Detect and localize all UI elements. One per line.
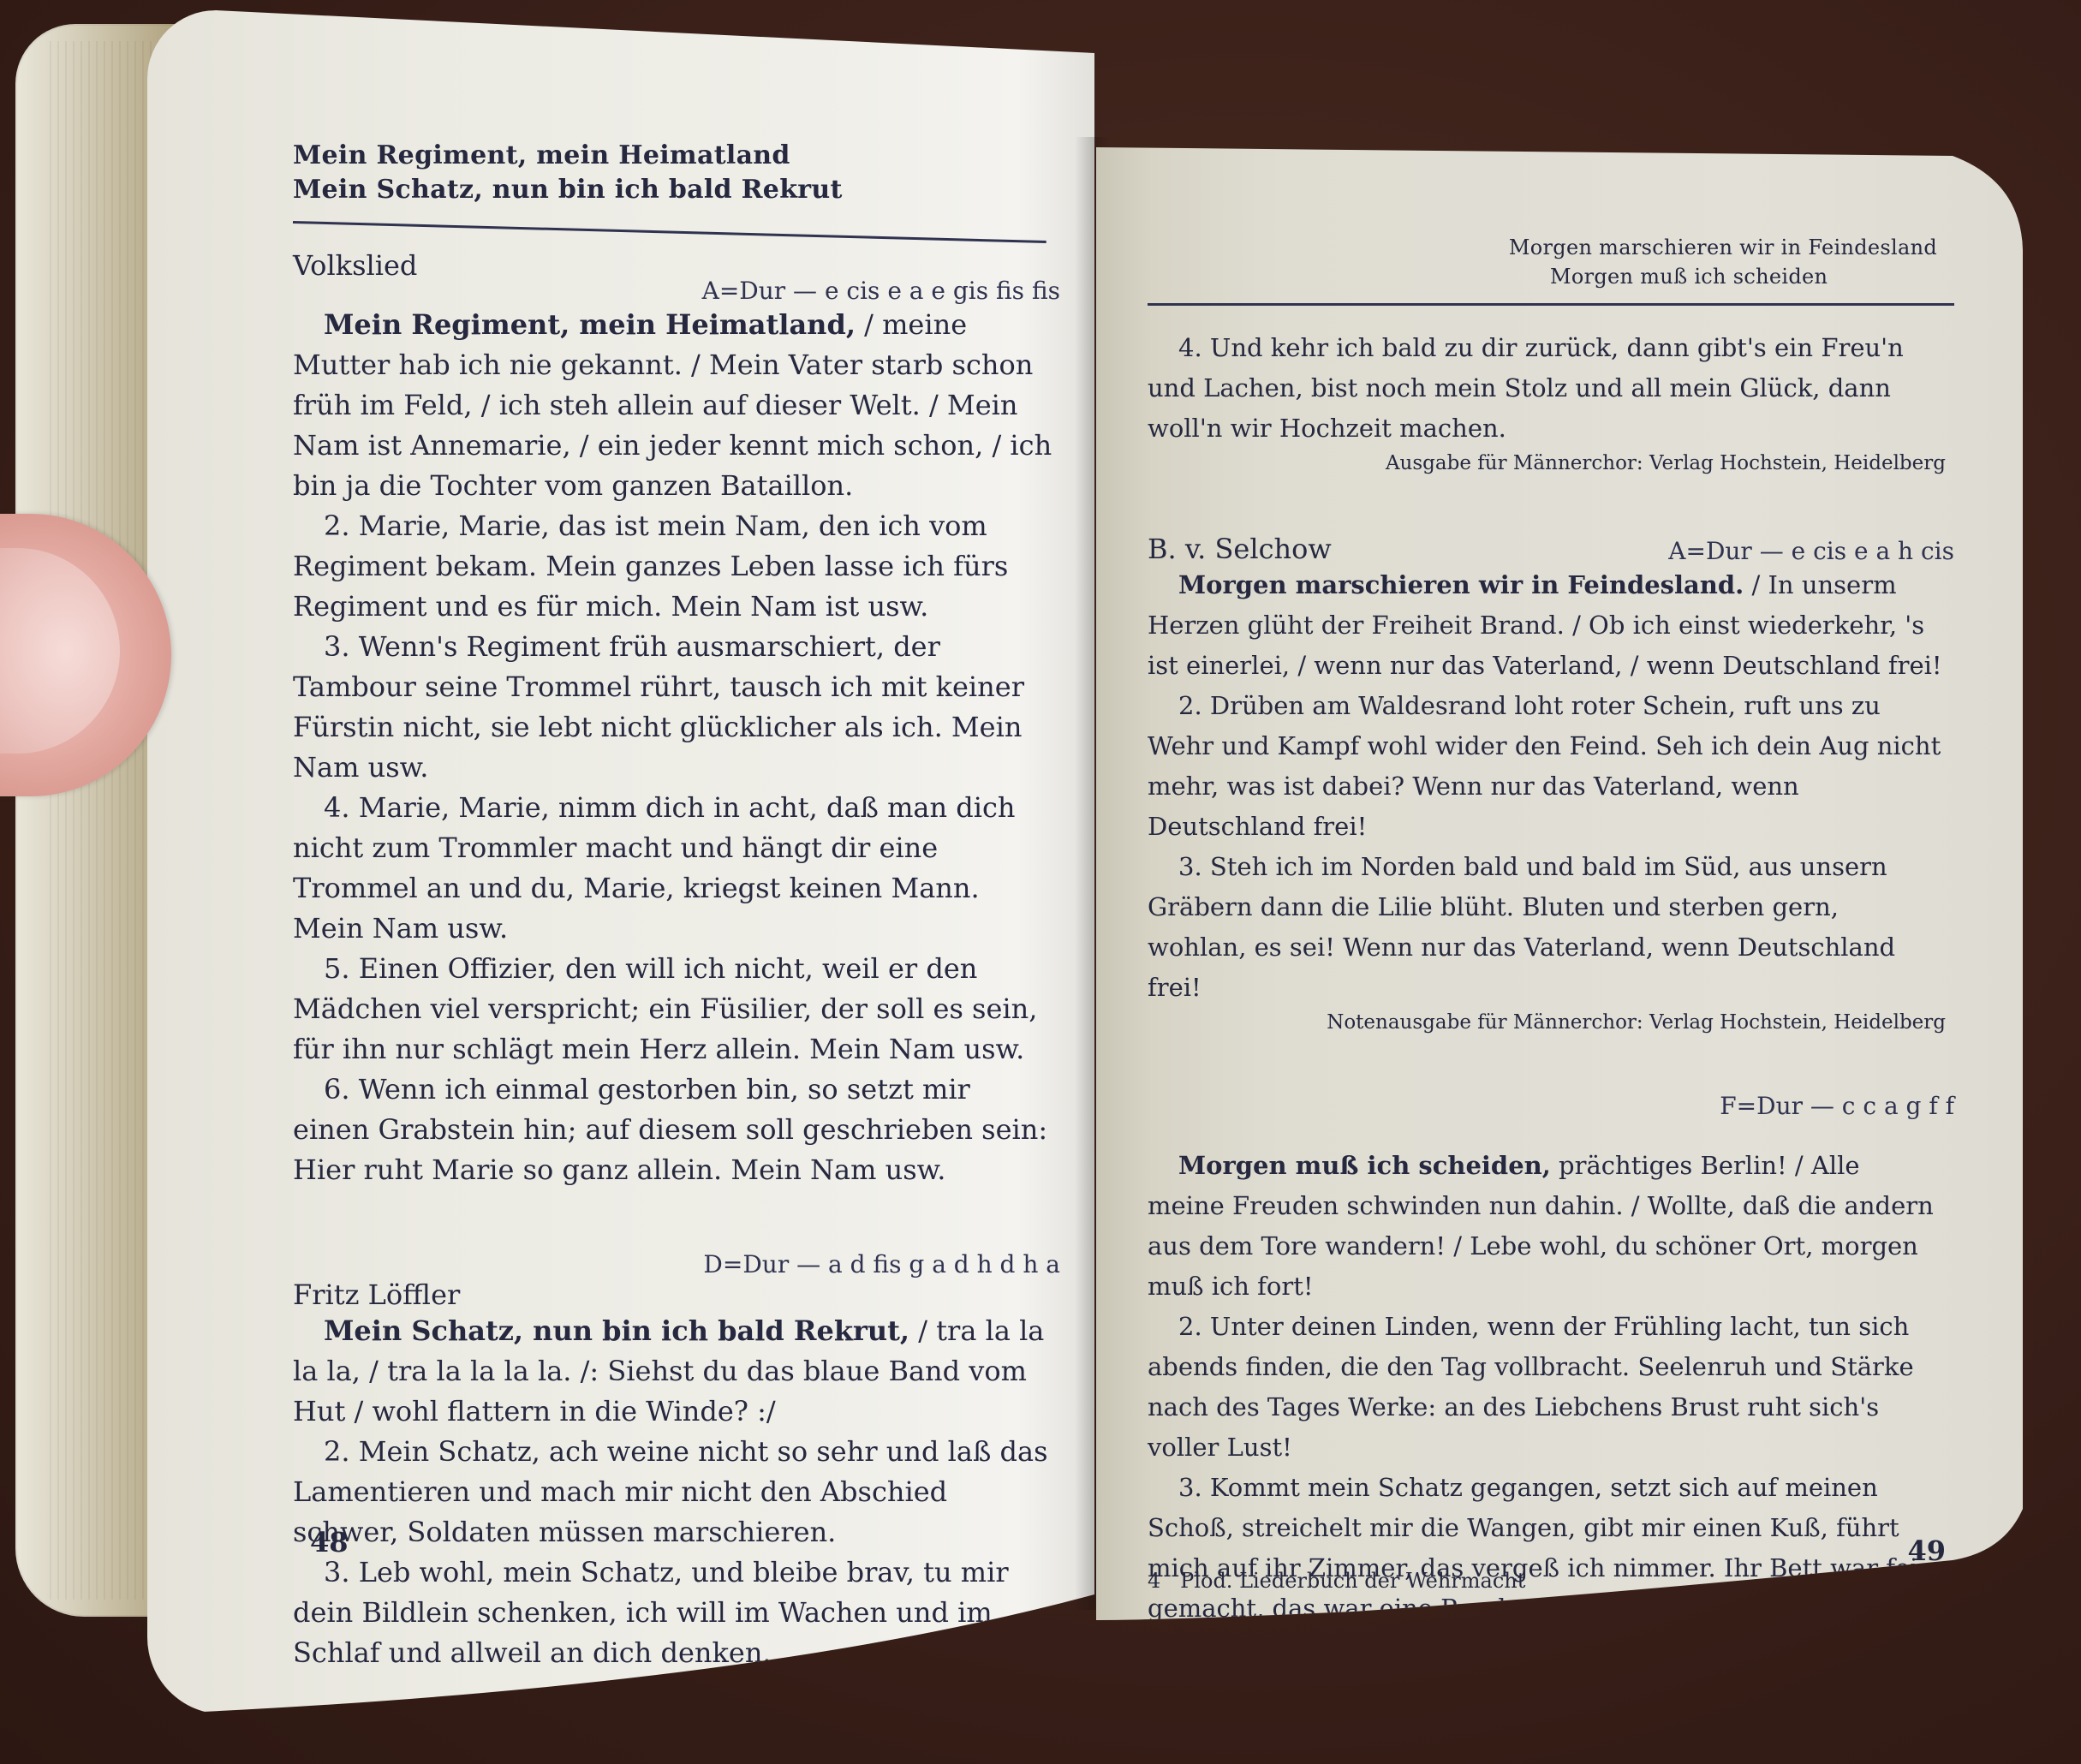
song-author: Fritz Löffler — [293, 1278, 1069, 1311]
running-head-line: Morgen muß ich scheiden — [1148, 262, 1989, 291]
song-author: B. v. Selchow — [1148, 533, 1332, 565]
verse: 2. Drüben am Waldesrand loht roter Schei… — [1148, 686, 1944, 847]
song-incipit: Morgen muß ich scheiden, — [1178, 1151, 1551, 1180]
verse: Mein Regiment, mein Heimatland, / meine … — [293, 305, 1055, 506]
verse: Morgen marschieren wir in Feindesland. /… — [1148, 565, 1944, 686]
header-rule — [1148, 303, 1954, 306]
song-incipit: Mein Regiment, mein Heimatland, — [324, 308, 856, 341]
publisher-note: Notenausgabe für Männerchor: Verlag Hoch… — [1148, 1011, 1989, 1034]
song-key: D=Dur — a d fis g a d h d h a — [293, 1250, 1069, 1278]
verse: 2. Mein Schatz, ach weine nicht so sehr … — [293, 1432, 1055, 1552]
page-number: 49 — [1907, 1535, 1946, 1567]
song: Volkslied A=Dur — e cis e a e gis fis fi… — [293, 249, 1069, 1190]
running-head-line: Mein Schatz, nun bin ich bald Rekrut — [293, 173, 1069, 207]
header-rule — [293, 221, 1046, 243]
verse: 3. Leb wohl, mein Schatz, und bleibe bra… — [293, 1552, 1055, 1673]
verse: 3. Steh ich im Norden bald und bald im S… — [1148, 847, 1944, 1008]
song: D=Dur — a d fis g a d h d h a Fritz Löff… — [293, 1250, 1069, 1673]
verse: 3. Kommt mein Schatz gegangen, setzt sic… — [1148, 1468, 1944, 1629]
right-page: Morgen marschieren wir in Feindesland Mo… — [1096, 147, 2023, 1620]
signature-line: 4 Plod. Liederbuch der Wehrmacht — [1148, 1569, 1525, 1593]
book-title-footer: Plod. Liederbuch der Wehrmacht — [1180, 1569, 1525, 1593]
song-key: F=Dur — c c a g f f — [1148, 1092, 1989, 1120]
verse: Morgen muß ich scheiden, prächtiges Berl… — [1148, 1146, 1944, 1307]
verse: 4. Und kehr ich bald zu dir zurück, dann… — [1148, 328, 1944, 449]
thumbnail-nail — [0, 548, 120, 754]
publisher-note: Ausgabe für Männerchor: Verlag Hochstein… — [1148, 452, 1989, 474]
running-head-line: Morgen marschieren wir in Feindesland — [1148, 233, 1989, 262]
song-author: Volkslied — [293, 249, 417, 282]
page-number: 48 — [310, 1526, 349, 1558]
running-head: Mein Regiment, mein Heimatland Mein Scha… — [293, 139, 1069, 207]
verse: Mein Schatz, nun bin ich bald Rekrut, / … — [293, 1311, 1055, 1432]
running-head-line: Mein Regiment, mein Heimatland — [293, 139, 1069, 173]
song-key: A=Dur — e cis e a h cis — [1668, 537, 1954, 565]
song-incipit: Mein Schatz, nun bin ich bald Rekrut, — [324, 1314, 909, 1347]
signature-mark: 4 — [1148, 1569, 1160, 1593]
verse: 4. Marie, Marie, nimm dich in acht, daß … — [293, 788, 1055, 949]
verse: 2. Unter deinen Linden, wenn der Frühlin… — [1148, 1307, 1944, 1468]
song: F=Dur — c c a g f f Morgen muß ich schei… — [1148, 1092, 1989, 1629]
verse: 6. Wenn ich einmal gestorben bin, so set… — [293, 1070, 1055, 1190]
running-head: Morgen marschieren wir in Feindesland Mo… — [1148, 233, 1989, 291]
verse: 3. Wenn's Regiment früh ausmarschiert, d… — [293, 627, 1055, 788]
left-page: Mein Regiment, mein Heimatland Mein Scha… — [147, 10, 1094, 1714]
verse: 2. Marie, Marie, das ist mein Nam, den i… — [293, 506, 1055, 627]
verse: 5. Einen Offizier, den will ich nicht, w… — [293, 949, 1055, 1070]
song: B. v. Selchow A=Dur — e cis e a h cis Mo… — [1148, 533, 1989, 1034]
song-incipit: Morgen marschieren wir in Feindesland. — [1178, 570, 1744, 599]
